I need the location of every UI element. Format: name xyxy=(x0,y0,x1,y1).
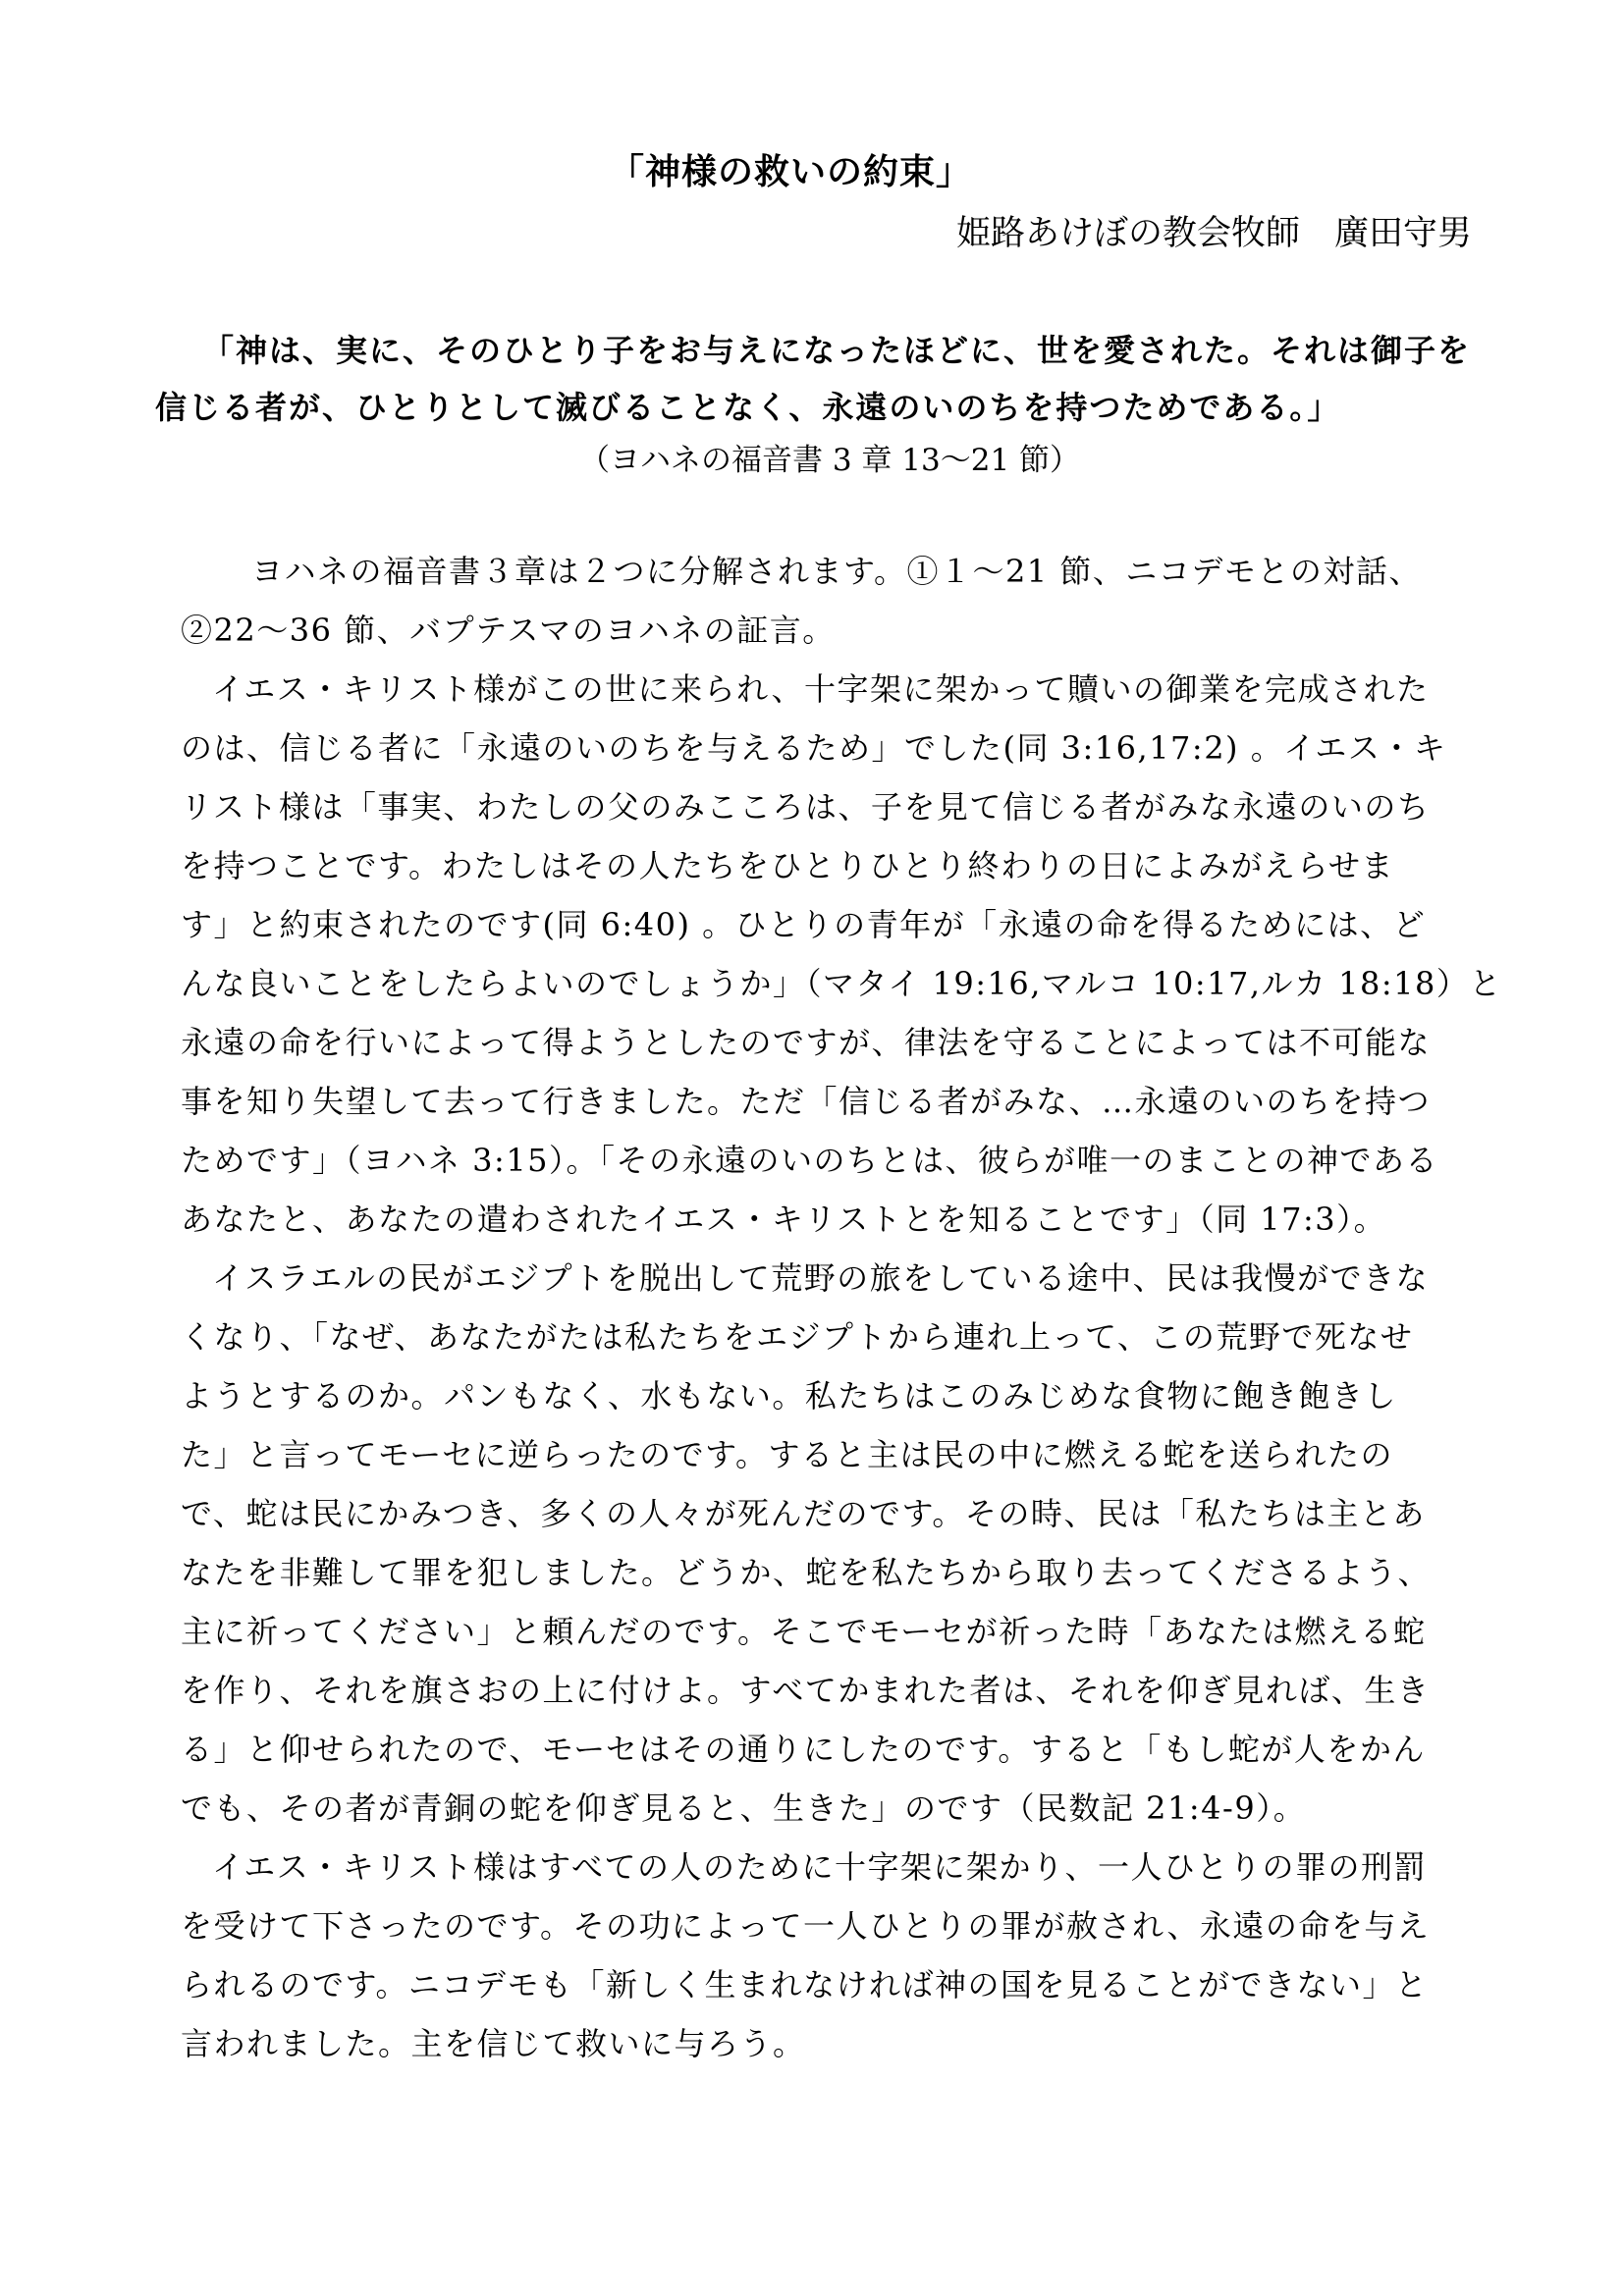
sermon-title: 「神様の救いの約束」 xyxy=(609,149,972,196)
body-line: ためです」（ヨハネ 3:15）。「その永遠のいのちとは、彼らが唯一のまことの神で… xyxy=(181,1131,1477,1190)
key-verse-line: 信じる者が、ひとりとして滅びることなく、永遠のいのちを持つためである。」 xyxy=(155,379,1471,436)
key-verse-line: 「神は、実に、そのひとり子をお与えになったほどに、世を愛された。それは御子を xyxy=(155,322,1471,379)
body-line: を作り、それを旗さおの上に付けよ。すべてかまれた者は、それを仰ぎ見れば、生き xyxy=(181,1661,1477,1720)
body-line: イスラエルの民がエジプトを脱出して荒野の旅をしている途中、民は我慢ができな xyxy=(181,1249,1477,1308)
body-line: ようとするのか。パンもなく、水もない。私たちはこのみじめな食物に飽き飽きし xyxy=(181,1366,1477,1425)
body-line: んな良いことをしたらよいのでしょうか」（マタイ 19:16,マルコ 10:17,… xyxy=(181,954,1477,1013)
body-line: なたを非難して罪を犯しました。どうか、蛇を私たちから取り去ってくださるよう、 xyxy=(181,1543,1477,1602)
sermon-body: ヨハネの福音書３章は２つに分解されます。①１～21 節、ニコデモとの対話、②22… xyxy=(181,542,1477,2073)
body-line: られるのです。ニコデモも「新しく生まれなければ神の国を見ることができない」と xyxy=(181,1955,1477,2014)
key-verse: 「神は、実に、そのひとり子をお与えになったほどに、世を愛された。それは御子を 信… xyxy=(155,322,1471,436)
body-line: ヨハネの福音書３章は２つに分解されます。①１～21 節、ニコデモとの対話、 xyxy=(181,542,1477,601)
body-line: す」と約束されたのです(同 6:40) 。ひとりの青年が「永遠の命を得るためには… xyxy=(181,895,1477,954)
body-line: る」と仰せられたので、モーセはその通りにしたのです。すると「もし蛇が人をかん xyxy=(181,1720,1477,1779)
document-page: 「神様の救いの約束」 姫路あけぼの教会牧師 廣田守男 「神は、実に、そのひとり子… xyxy=(0,0,1624,2296)
body-line: イエス・キリスト様はすべての人のために十字架に架かり、一人ひとりの罪の刑罰 xyxy=(181,1838,1477,1896)
verse-reference: （ヨハネの福音書 3 章 13～21 節） xyxy=(579,438,1080,483)
body-line: を持つことです。わたしはその人たちをひとりひとり終わりの日によみがえらせま xyxy=(181,836,1477,895)
body-line: 事を知り失望して去って行きました。ただ「信じる者がみな、…永遠のいのちを持つ xyxy=(181,1072,1477,1131)
body-line: を受けて下さったのです。その功によって一人ひとりの罪が赦され、永遠の命を与え xyxy=(181,1896,1477,1955)
body-line: 言われました。主を信じて救いに与ろう。 xyxy=(181,2014,1477,2073)
body-line: のは、信じる者に「永遠のいのちを与えるため」でした(同 3:16,17:2) 。… xyxy=(181,719,1477,777)
body-line: あなたと、あなたの遣わされたイエス・キリストとを知ることです」（同 17:3）。 xyxy=(181,1190,1477,1249)
body-line: ②22～36 節、バプテスマのヨハネの証言。 xyxy=(181,601,1477,660)
body-line: イエス・キリスト様がこの世に来られ、十字架に架かって贖いの御業を完成された xyxy=(181,660,1477,719)
body-line: でも、その者が青銅の蛇を仰ぎ見ると、生きた」のです（民数記 21:4-9）。 xyxy=(181,1779,1477,1838)
body-line: た」と言ってモーセに逆らったのです。すると主は民の中に燃える蛇を送られたの xyxy=(181,1425,1477,1484)
body-line: リスト様は「事実、わたしの父のみこころは、子を見て信じる者がみな永遠のいのち xyxy=(181,777,1477,836)
body-line: くなり、「なぜ、あなたがたは私たちをエジプトから連れ上って、この荒野で死なせ xyxy=(181,1308,1477,1366)
body-line: 永遠の命を行いによって得ようとしたのですが、律法を守ることによっては不可能な xyxy=(181,1013,1477,1072)
author-line: 姫路あけぼの教会牧師 廣田守男 xyxy=(956,211,1472,256)
body-line: 主に祈ってください」と頼んだのです。そこでモーセが祈った時「あなたは燃える蛇 xyxy=(181,1602,1477,1661)
body-line: で、蛇は民にかみつき、多くの人々が死んだのです。その時、民は「私たちは主とあ xyxy=(181,1484,1477,1543)
